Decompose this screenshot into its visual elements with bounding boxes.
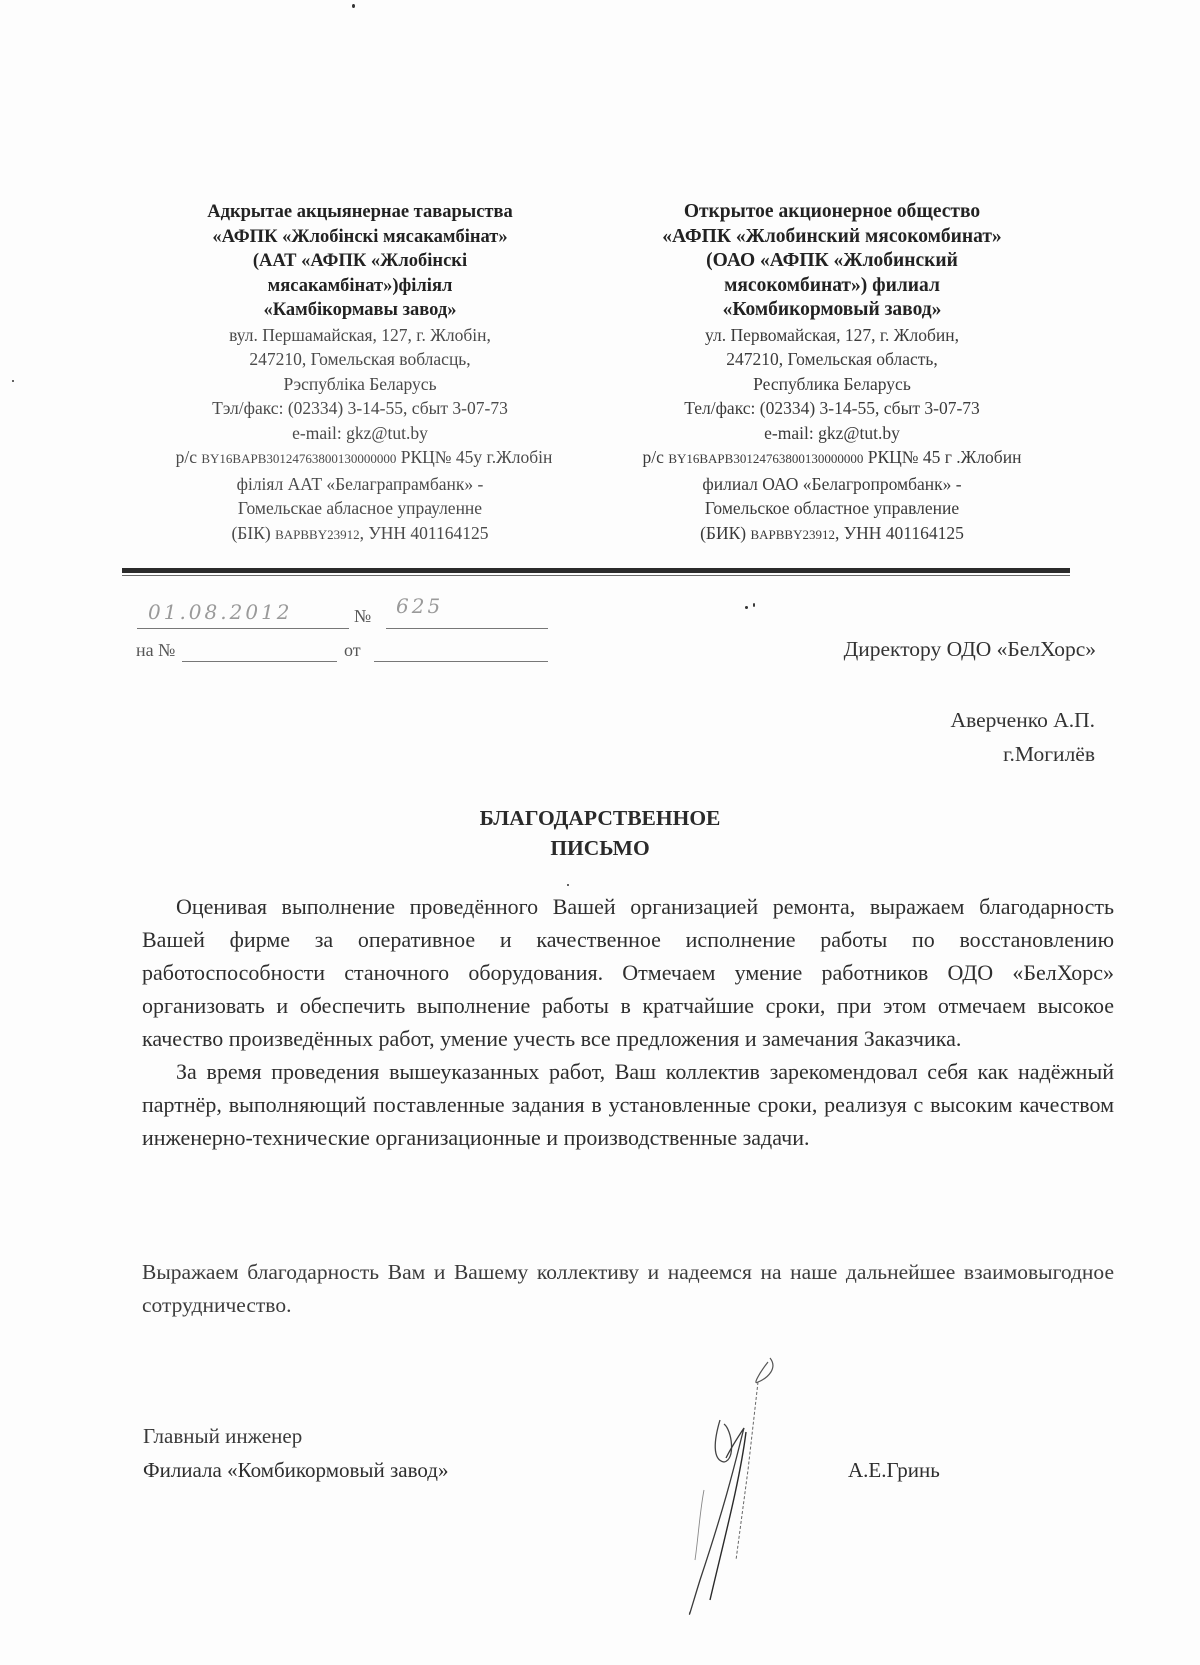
account-number: BY16BAPB30124763800130000000 xyxy=(201,451,396,466)
scanned-letter-page: Адкрытае акцыянернае таварыства «АФПК «Ж… xyxy=(0,0,1200,1665)
address-line: ул. Первомайская, 127, г. Жлобин, xyxy=(612,323,1052,348)
address-line: 247210, Гомельская вобласць, xyxy=(140,347,580,372)
closing-paragraph: Выражаем благодарность Вам и Вашему колл… xyxy=(142,1256,1114,1322)
date-handwritten: 01.08.2012 xyxy=(148,600,293,624)
bank-name-line: филиал ОАО «Белагропромбанк» - xyxy=(612,472,1052,497)
number-handwritten: 625 xyxy=(396,594,443,618)
document-title: БЛАГОДАРСТВЕННОЕ ПИСЬМО xyxy=(0,803,1200,863)
email-line: e-mail: gkz@tut.by xyxy=(140,421,580,446)
scan-speck xyxy=(12,380,14,382)
scan-speck xyxy=(753,603,755,607)
bik-unn-line: (БІК) BAPBBY23912, УНН 401164125 xyxy=(140,521,580,548)
account-number: BY16BAPB30124763800130000000 xyxy=(668,451,863,466)
org-name-line: «АФПК «Жлобинский мясокомбинат» xyxy=(612,225,1052,250)
addressee-city: г.Могилёв xyxy=(1003,742,1095,767)
bank-account-line: р/с BY16BAPB30124763800130000000 РКЦ№ 45… xyxy=(592,445,1072,472)
letterhead-divider-thin xyxy=(122,575,1070,576)
number-label: № xyxy=(354,606,371,627)
address-line: Республика Беларусь xyxy=(612,372,1052,397)
org-name-line: «АФПК «Жлобінскі мясакамбінат» xyxy=(140,225,580,250)
phone-fax-line: Тэл/факс: (02334) 3-14-55, сбыт 3-07-73 xyxy=(140,396,580,421)
address-line: вул. Першамайская, 127, г. Жлобін, xyxy=(140,323,580,348)
bank-branch-line: Гомельское областное управление xyxy=(612,496,1052,521)
org-name-line: мясакамбінат»)філіял xyxy=(140,274,580,299)
scan-speck xyxy=(745,606,748,609)
body-paragraph-2: За время проведения вышеуказанных работ,… xyxy=(142,1055,1114,1154)
account-suffix: РКЦ№ 45у г.Жлобін xyxy=(401,447,553,467)
address-line: Рэспубліка Беларусь xyxy=(140,372,580,397)
bik-code: BAPBBY23912 xyxy=(275,527,360,542)
signatory-position: Главный инженер xyxy=(143,1424,302,1449)
reference-date-underline xyxy=(374,661,548,662)
title-line-2: ПИСЬМО xyxy=(0,833,1200,863)
unn: , УНН 401164125 xyxy=(360,523,489,543)
email-line: e-mail: gkz@tut.by xyxy=(612,421,1052,446)
org-name-line: (ААТ «АФПК «Жлобінскі xyxy=(140,249,580,274)
reference-number-label: на № xyxy=(136,640,175,661)
scan-speck xyxy=(567,884,569,886)
reference-date-label: от xyxy=(344,640,361,661)
reference-number-underline xyxy=(182,661,337,662)
unn: , УНН 401164125 xyxy=(835,523,964,543)
account-suffix: РКЦ№ 45 г .Жлобин xyxy=(868,447,1022,467)
bank-account-line: р/с BY16BAPB30124763800130000000 РКЦ№ 45… xyxy=(128,445,600,472)
date-field-underline xyxy=(137,628,349,629)
bik-prefix: (БІК) xyxy=(231,523,270,543)
org-name-line: «Комбикормовый завод» xyxy=(612,298,1052,323)
address-line: 247210, Гомельская область, xyxy=(612,347,1052,372)
org-name-line: «Камбікормавы завод» xyxy=(140,298,580,323)
org-name-line: Адкрытае акцыянернае таварыства xyxy=(140,200,580,225)
signatory-department: Филиала «Комбикормовый завод» xyxy=(143,1458,448,1483)
letterhead-divider-thick xyxy=(122,568,1070,573)
letterhead-belarusian: Адкрытае акцыянернае таварыства «АФПК «Ж… xyxy=(140,200,580,547)
bik-prefix: (БИК) xyxy=(700,523,746,543)
account-prefix: р/с xyxy=(643,447,664,467)
addressee-title: Директору ОДО «БелХорс» xyxy=(844,637,1096,662)
body-paragraph-1: Оценивая выполнение проведённого Вашей о… xyxy=(142,890,1114,1055)
handwritten-signature-icon xyxy=(640,1350,800,1630)
org-name-line: (ОАО «АФПК «Жлобинский xyxy=(612,249,1052,274)
bik-code: BAPBBY23912 xyxy=(750,527,835,542)
title-line-1: БЛАГОДАРСТВЕННОЕ xyxy=(0,803,1200,833)
scan-speck xyxy=(352,4,355,8)
addressee-name: Аверченко А.П. xyxy=(951,708,1095,733)
bank-name-line: філіял ААТ «Белаграпрамбанк» - xyxy=(140,472,580,497)
phone-fax-line: Тел/факс: (02334) 3-14-55, сбыт 3-07-73 xyxy=(612,396,1052,421)
letterhead-russian: Открытое акционерное общество «АФПК «Жло… xyxy=(612,200,1052,547)
account-prefix: р/с xyxy=(176,447,197,467)
number-field-underline xyxy=(386,628,548,629)
org-name-line: Открытое акционерное общество xyxy=(612,200,1052,225)
bik-unn-line: (БИК) BAPBBY23912, УНН 401164125 xyxy=(612,521,1052,548)
letter-body: Оценивая выполнение проведённого Вашей о… xyxy=(142,890,1114,1154)
signatory-name: А.Е.Гринь xyxy=(848,1458,940,1483)
org-name-line: мясокомбинат») филиал xyxy=(612,274,1052,299)
bank-branch-line: Гомельскае абласное упрауленне xyxy=(140,496,580,521)
